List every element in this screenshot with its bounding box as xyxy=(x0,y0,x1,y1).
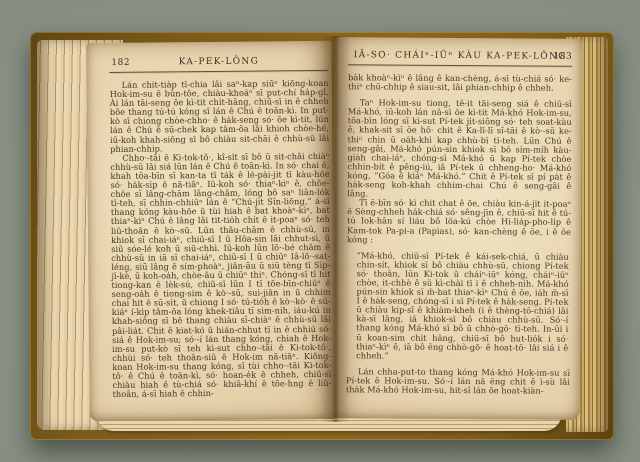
right-page: IÂ-SO· CHÁIⁿ-IŪⁿ KÀU KA-PEK-LÔNG 183 ba̍… xyxy=(332,37,583,420)
right-page-text-column: IÂ-SO· CHÁIⁿ-IŪⁿ KÀU KA-PEK-LÔNG 183 ba̍… xyxy=(346,50,572,396)
right-running-head-title: IÂ-SO· CHÁIⁿ-IŪⁿ KÀU KA-PEK-LÔNG xyxy=(348,50,572,62)
left-page-number: 182 xyxy=(111,58,130,68)
paragraph: Lán chha-put-to thang kóng Má-khó Hok-im… xyxy=(346,367,570,396)
paragraph: ba̍k khoàⁿ-kìⁿ ê lâng ê kan-chèng, á-sī … xyxy=(348,73,572,93)
paragraph: Chho·-tāi ê Ki-tok-tô·, kî-si̍t sī bô ū … xyxy=(110,152,331,400)
right-body-text: ba̍k khoàⁿ-kìⁿ ê lâng ê kan-chèng, á-sī … xyxy=(346,73,572,396)
open-book: 182 KA-PEK-LÔNG Lán chit-tia̍p tī-chia l… xyxy=(30,32,614,440)
left-body-text: Lán chit-tia̍p tī-chia lâi saⁿ-kap siūⁿ … xyxy=(110,79,332,399)
left-header-rule xyxy=(109,70,328,73)
left-running-head-title: KA-PEK-LÔNG xyxy=(109,56,328,68)
right-page-number: 183 xyxy=(553,52,572,62)
right-header-rule xyxy=(348,64,572,67)
right-running-header: IÂ-SO· CHÁIⁿ-IŪⁿ KÀU KA-PEK-LÔNG 183 xyxy=(348,50,572,64)
paragraph: Taⁿ Hok-im-su tiong, tē-it tāi-seng siá … xyxy=(347,98,572,200)
left-running-header: 182 KA-PEK-LÔNG xyxy=(109,56,328,70)
paragraph: Lán chit-tia̍p tī-chia lâi saⁿ-kap siūⁿ … xyxy=(110,79,330,154)
left-page-text-column: 182 KA-PEK-LÔNG Lán chit-tia̍p tī-chia l… xyxy=(109,56,331,399)
left-page: 182 KA-PEK-LÔNG Lán chit-tia̍p tī-chia l… xyxy=(86,41,335,421)
quoted-paragraph: “Má-khó, chiū-sī Pí-tek ê kái-sek-chiá, … xyxy=(356,251,569,362)
paragraph: Tī ē-bīn só· kì chit chat ê ōe, chiàu ki… xyxy=(347,198,571,245)
photo-background: 182 KA-PEK-LÔNG Lán chit-tia̍p tī-chia l… xyxy=(0,0,640,462)
